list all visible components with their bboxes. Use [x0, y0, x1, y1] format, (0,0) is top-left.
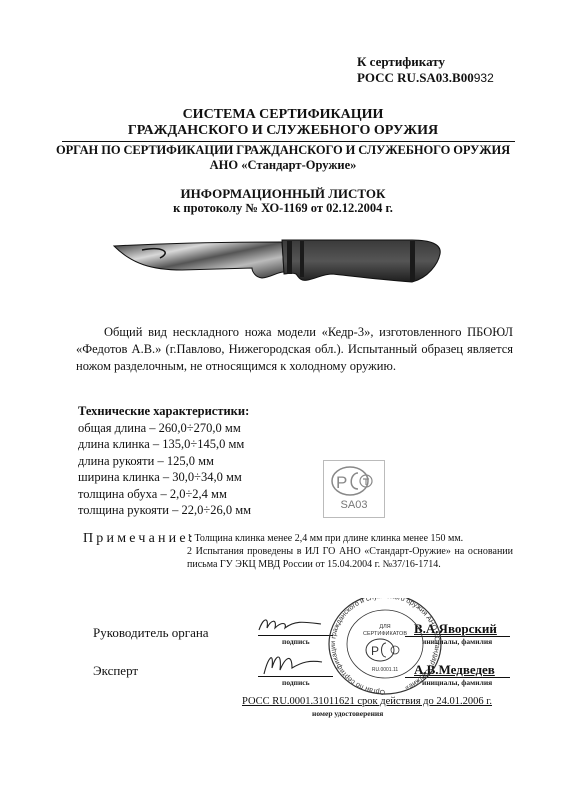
reference-number: РОСС RU.SA03.B00 [357, 70, 474, 85]
header-divider [62, 141, 515, 142]
system-title-line2: ГРАЖДАНСКОГО И СЛУЖЕБНОГО ОРУЖИЯ [0, 123, 566, 139]
specs-title: Технические характеристики: [78, 403, 251, 420]
reference-line1: К сертификату [357, 54, 494, 70]
note-item: 2 Испытания проведены в ИЛ ГО АНО «Станд… [187, 545, 513, 571]
reference-number-tail: 932 [474, 71, 494, 85]
notes-label: Примечание: [83, 531, 196, 547]
reference-line2: РОСС RU.SA03.B00932 [357, 70, 494, 86]
official-stamp: Орган по сертификации гражданского и слу… [320, 598, 450, 698]
system-title-line1: СИСТЕМА СЕРТИФИКАЦИИ [0, 107, 566, 123]
knife-photo [112, 232, 442, 292]
cert-body-line1: ОРГАН ПО СЕРТИФИКАЦИИ ГРАЖДАНСКОГО И СЛУ… [0, 143, 566, 158]
spec-item: длина клинка – 135,0÷145,0 мм [78, 436, 251, 453]
document-subtitle: к протоколу № ХО-1169 от 02.12.2004 г. [0, 201, 566, 216]
head-signature-caption: подпись [282, 637, 310, 646]
technical-specs: Технические характеристики: общая длина … [78, 403, 251, 519]
certificate-number: РОСС RU.0001.31011621 срок действия до 2… [242, 696, 492, 707]
head-signature [255, 612, 325, 636]
notes: 1 Толщина клинка менее 2,4 мм при длине … [187, 532, 513, 571]
svg-text:P: P [336, 473, 347, 492]
spec-item: длина рукояти – 125,0 мм [78, 453, 251, 470]
spec-item: общая длина – 260,0÷270,0 мм [78, 420, 251, 437]
spec-item: толщина рукояти – 22,0÷26,0 мм [78, 502, 251, 519]
svg-text:P: P [371, 644, 379, 658]
expert-signature-caption: подпись [282, 678, 310, 687]
expert-signature [258, 648, 328, 678]
spec-item: ширина клинка – 30,0÷34,0 мм [78, 469, 251, 486]
expert-role: Эксперт [93, 663, 138, 679]
note-item: 1 Толщина клинка менее 2,4 мм при длине … [187, 532, 513, 545]
stamp-center-bottom: RU.0001.11 [372, 667, 399, 673]
certificate-reference: К сертификату РОСС RU.SA03.B00932 [357, 54, 494, 86]
stamp-center-mid: СЕРТИФИКАТОВ [363, 631, 407, 637]
spec-item: толщина обуха – 2,0÷2,4 мм [78, 486, 251, 503]
stamp-center-top: ДЛЯ [379, 624, 390, 630]
pct-logo-icon: P [324, 461, 384, 501]
certificate-caption: номер удостоверения [312, 709, 383, 718]
conformity-mark: P SA03 [323, 460, 385, 518]
head-role: Руководитель органа [93, 625, 209, 641]
mark-code: SA03 [324, 499, 384, 511]
cert-body-line2: АНО «Стандарт-Оружие» [0, 158, 566, 173]
product-description: Общий вид нескладного ножа модели «Кедр-… [76, 324, 513, 375]
document-title: ИНФОРМАЦИОННЫЙ ЛИСТОК [0, 186, 566, 201]
